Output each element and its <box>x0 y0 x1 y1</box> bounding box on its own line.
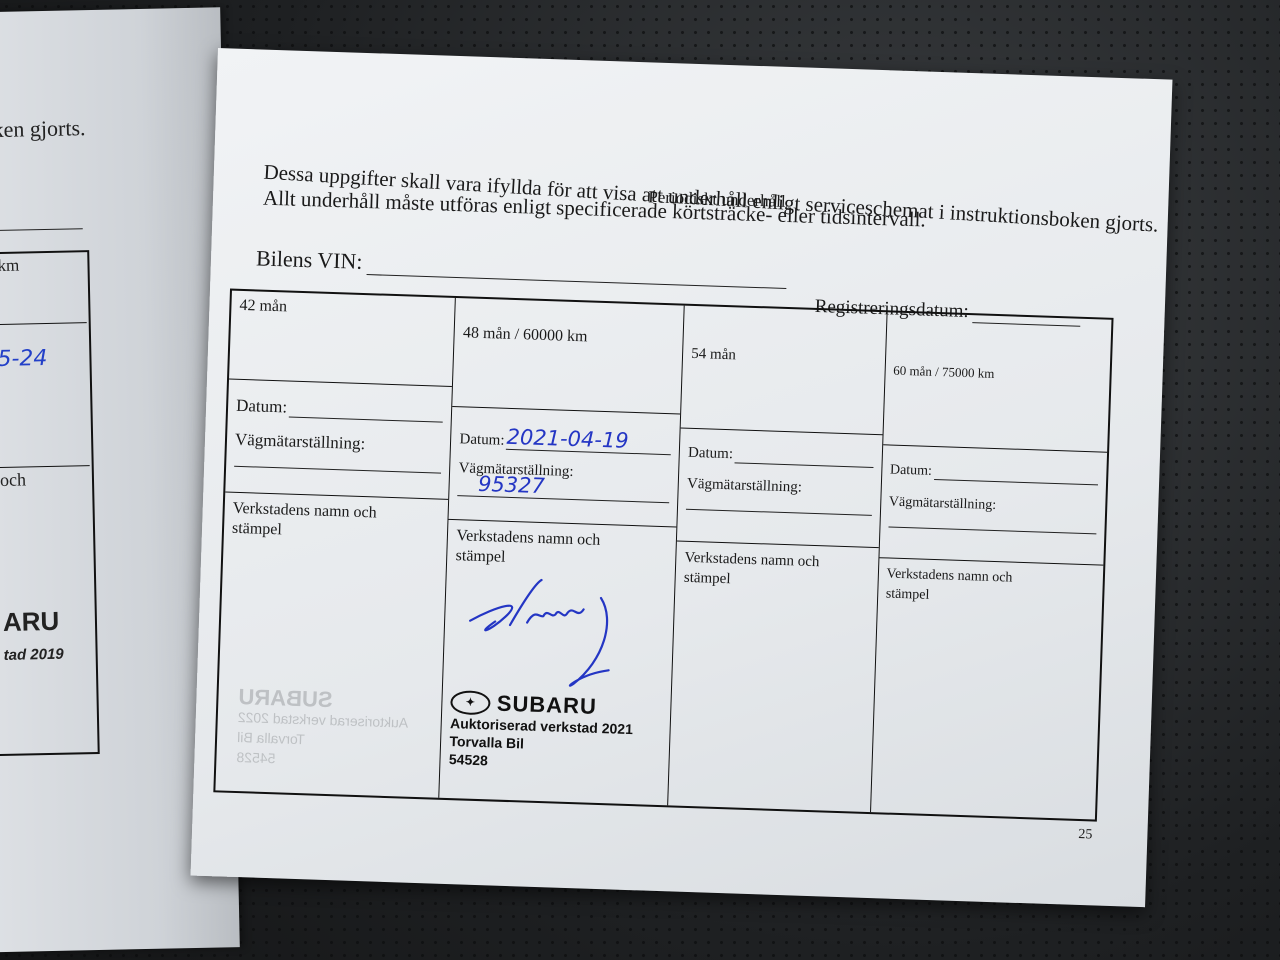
workshop-label: Verkstadens namn och stämpel <box>232 499 423 545</box>
interval-header: 42 mån <box>229 291 455 387</box>
page-number: 25 <box>1078 827 1093 843</box>
service-entry: Datum: Vägmätarställning: <box>677 429 882 549</box>
date-input[interactable] <box>289 401 444 423</box>
left-page-table <box>0 250 100 757</box>
service-column-54: 54 mån Datum: Vägmätarställning: Verksta… <box>668 306 887 812</box>
workshop-stamp-cell: Verkstadens namn och stämpel ✦ SUBARU Au… <box>440 520 677 805</box>
workshop-label: Verkstadens namn och stämpel <box>684 548 835 593</box>
signature <box>463 576 637 692</box>
stamp-brand: SUBARU <box>496 694 597 717</box>
service-entry: Datum: 2021-04-19 Vägmätarställning: 953… <box>449 407 680 527</box>
workshop-label: Verkstadens namn och stämpel <box>885 564 1036 609</box>
service-entry: Datum: Vägmätarställning: <box>879 445 1107 565</box>
ghost-stamp: SUBARU Auktoriserad verkstad 2022 Torval… <box>236 687 429 773</box>
workshop-label: Verkstadens namn och stämpel <box>455 526 626 572</box>
interval-header: 48 mån / 60000 km <box>453 298 684 414</box>
service-column-60: 60 mån / 75000 km Datum: Vägmätarställni… <box>871 312 1112 819</box>
vin-label: Bilens VIN: <box>256 245 363 275</box>
service-column-42: 42 mån Datum: Vägmätarställning: Verksta… <box>215 291 456 798</box>
left-page-date-fragment: 5-24 <box>0 346 48 372</box>
workshop-stamp: ✦ SUBARU Auktoriserad verkstad 2021 Torv… <box>449 690 634 774</box>
service-entry: Datum: Vägmätarställning: <box>225 380 452 500</box>
left-page-km-fragment: km <box>0 256 19 276</box>
left-page-stamp-line: tad 2019 <box>3 646 63 664</box>
date-label: Datum: <box>688 445 734 463</box>
left-page-text-fragment: ken gjorts. <box>0 115 86 143</box>
interval-header: 60 mån / 75000 km <box>883 312 1112 452</box>
date-label: Datum: <box>459 431 505 449</box>
maintenance-page: Periodiskt underhåll Dessa uppgifter ska… <box>191 48 1173 907</box>
date-label: Datum: <box>236 396 288 418</box>
date-field: Datum: <box>890 462 1099 486</box>
service-column-48: 48 mån / 60000 km Datum: 2021-04-19 Vägm… <box>440 298 685 805</box>
workshop-stamp-cell: Verkstadens namn och stämpel <box>668 541 878 812</box>
left-page-workshop-fragment: och <box>0 469 26 491</box>
date-field: Datum: 2021-04-19 <box>459 423 672 455</box>
interval-header: 54 mån <box>681 306 886 436</box>
service-table: 42 mån Datum: Vägmätarställning: Verksta… <box>213 289 1113 822</box>
vin-field: Bilens VIN: <box>256 245 787 289</box>
workshop-stamp-cell: Verkstadens namn och stämpel <box>871 558 1104 819</box>
date-input[interactable] <box>934 463 1099 485</box>
date-input[interactable] <box>735 446 874 468</box>
vin-input[interactable] <box>366 254 786 289</box>
left-page-vin-line <box>0 228 83 231</box>
subaru-logo-icon: ✦ <box>450 690 491 715</box>
date-label: Datum: <box>890 463 933 480</box>
date-input[interactable]: 2021-04-19 <box>506 425 672 455</box>
left-page-stamp-brand: ARU <box>3 606 60 638</box>
workshop-stamp-cell: Verkstadens namn och stämpel SUBARU Aukt… <box>215 492 448 797</box>
date-field: Datum: <box>236 396 444 423</box>
date-field: Datum: <box>688 445 874 468</box>
